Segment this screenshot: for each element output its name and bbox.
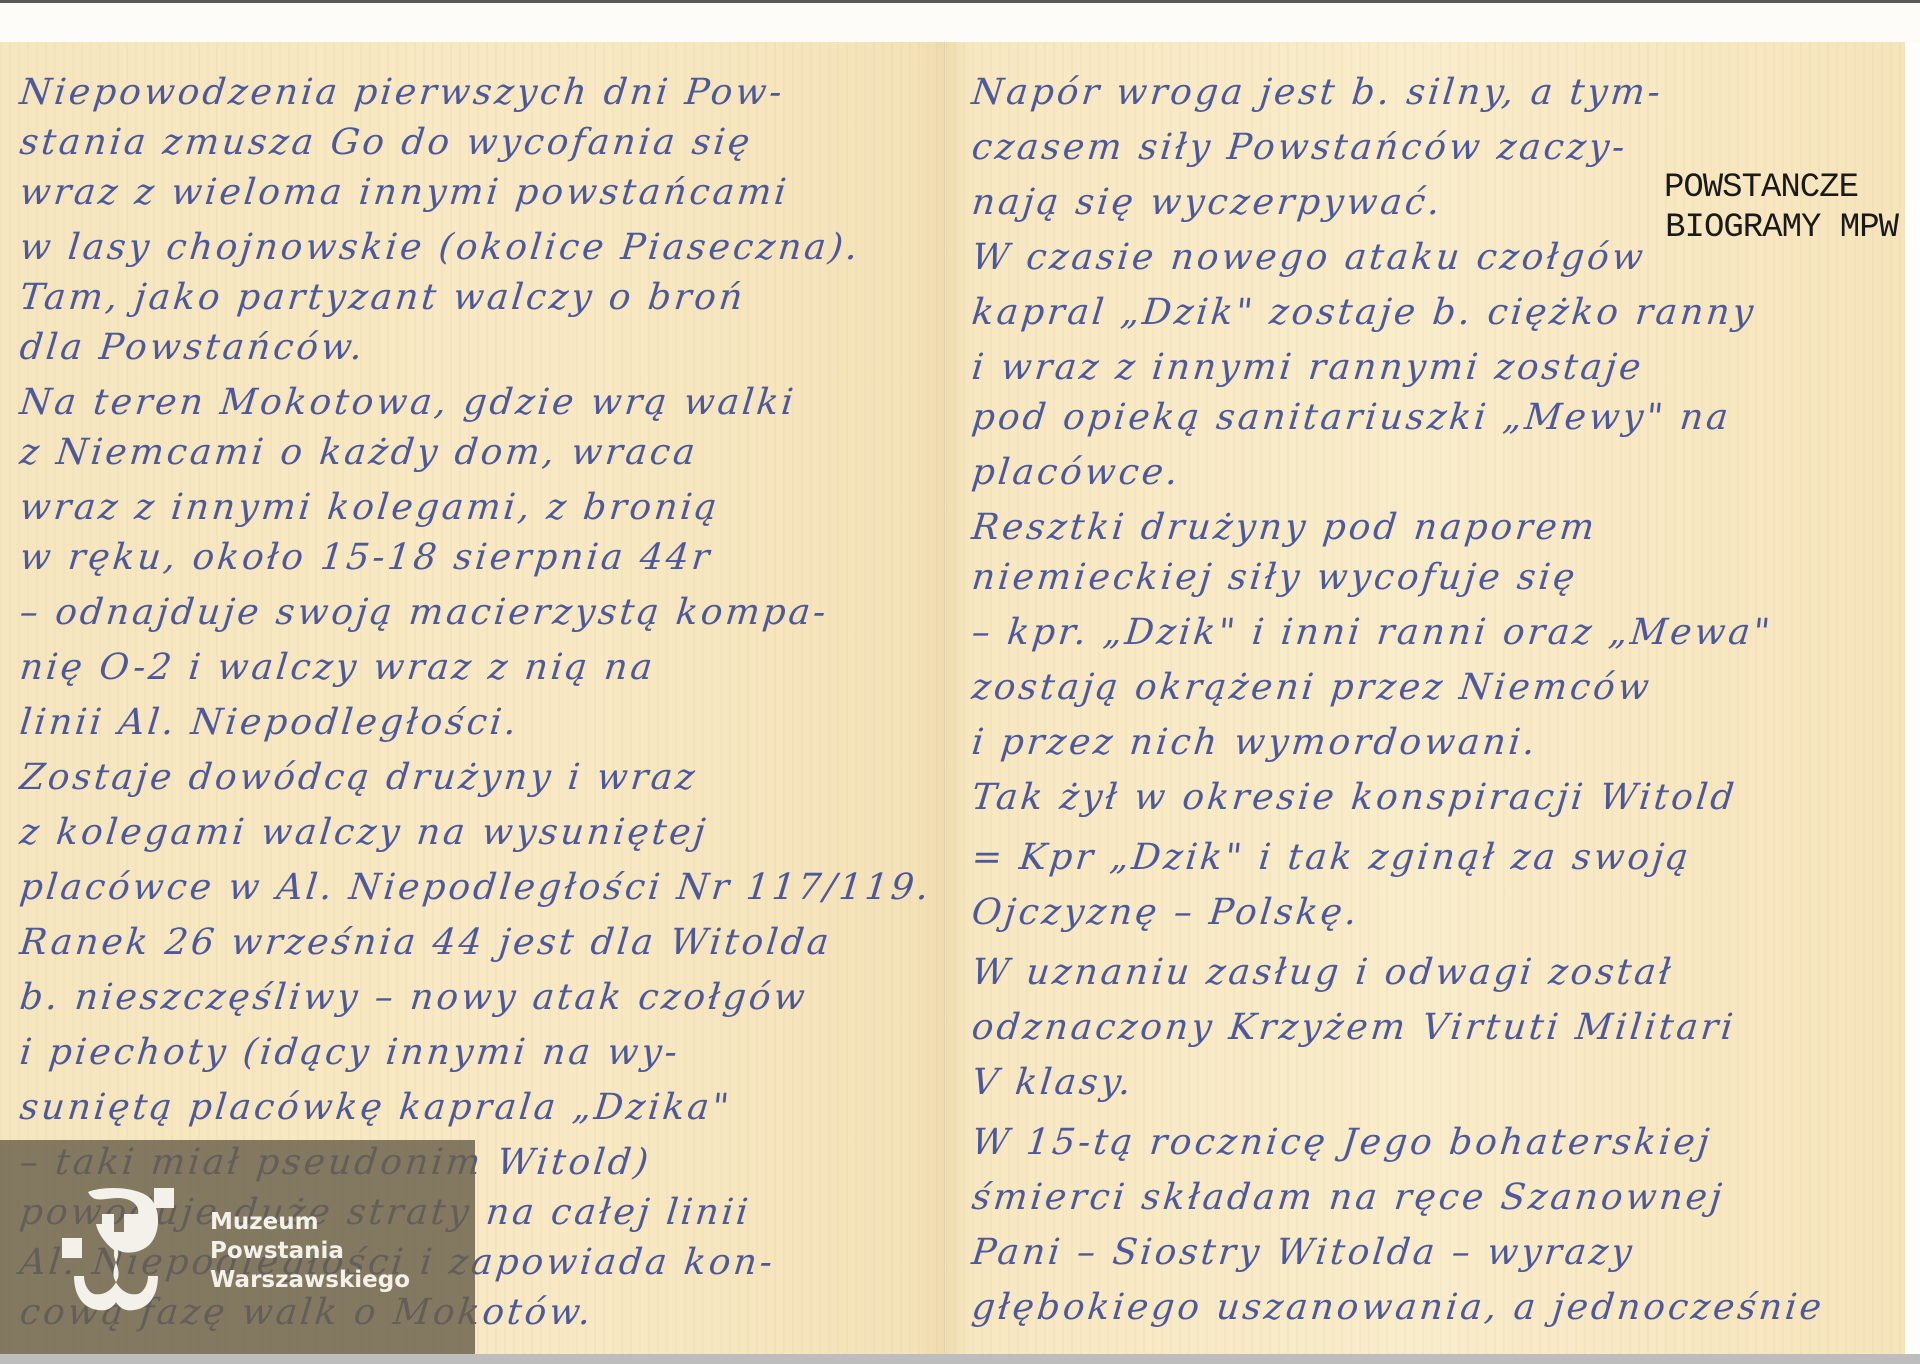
handwritten-line: z Niemcami o każdy dom, wraca <box>18 432 700 473</box>
handwritten-line: Niepowodzenia pierwszych dni Pow- <box>18 72 787 113</box>
handwritten-line: w ręku, około 15-18 sierpnia 44r <box>18 537 714 578</box>
handwritten-line: wraz z wieloma innymi powstańcami <box>18 172 791 213</box>
handwritten-line: – odnajduje swoją macierzystą kompa- <box>18 592 831 633</box>
bottom-border <box>0 1354 1920 1364</box>
handwritten-line: suniętą placówkę kaprala „Dzika" <box>18 1087 734 1128</box>
handwritten-line: wraz z innymi kolegami, z bronią <box>18 487 722 528</box>
handwritten-line: dla Powstańców. <box>18 327 367 368</box>
handwritten-line: niemieckiej siły wycofuje się <box>970 557 1580 598</box>
handwritten-line: Zostaje dowódcą drużyny i wraz <box>18 757 700 798</box>
watermark-line-1: POWSTANCZE <box>1598 168 1898 208</box>
handwritten-line: Napór wroga jest b. silny, a tym- <box>970 72 1665 113</box>
handwritten-line: Resztki drużyny pod naporem <box>970 507 1599 548</box>
top-margin <box>0 3 1920 43</box>
handwritten-line: = Kpr „Dzik" i tak zginął za swoją <box>970 837 1693 878</box>
museum-logo-overlay: Muzeum Powstania Warszawskiego <box>0 1140 475 1354</box>
kotwica-anchor-logo-icon <box>58 1184 178 1314</box>
logo-line-2: Powstania <box>210 1237 410 1266</box>
handwritten-line: nię O-2 i walczy wraz z nią na <box>18 647 657 688</box>
handwritten-line: placówce. <box>970 452 1183 493</box>
handwritten-line: nają się wyczerpywać. <box>970 182 1445 223</box>
handwritten-line: W czasie nowego ataku czołgów <box>970 237 1648 278</box>
handwritten-line: Na teren Mokotowa, gdzie wrą walki <box>18 382 798 423</box>
page-fold <box>944 42 947 1364</box>
handwritten-line: odznaczony Krzyżem Virtuti Militari <box>970 1007 1738 1048</box>
handwritten-line: w lasy chojnowskie (okolice Piaseczna). <box>18 227 863 268</box>
museum-name: Muzeum Powstania Warszawskiego <box>210 1208 410 1295</box>
handwritten-line: stania zmusza Go do wycofania się <box>18 122 755 163</box>
handwritten-line: i przez nich wymordowani. <box>970 722 1540 763</box>
biogramy-watermark: POWSTANCZE BIOGRAMY MPW <box>1598 168 1898 248</box>
handwritten-line: kapral „Dzik" zostaje b. ciężko ranny <box>970 292 1758 333</box>
handwritten-line: placówce w Al. Niepodległości Nr 117/119… <box>18 867 934 908</box>
handwritten-line: linii Al. Niepodległości. <box>18 702 521 743</box>
handwritten-line: z kolegami walczy na wysuniętej <box>18 812 710 853</box>
handwritten-line: b. nieszczęśliwy – nowy atak czołgów <box>18 977 810 1018</box>
handwritten-line: Ranek 26 września 44 jest dla Witolda <box>18 922 834 963</box>
handwritten-line: W uznaniu zasług i odwagi został <box>970 952 1676 993</box>
handwritten-line: czasem siły Powstańców zaczy- <box>970 127 1630 168</box>
handwritten-line: Tak żył w okresie konspiracji Witold <box>970 777 1739 818</box>
handwritten-line: i piechoty (idący innymi na wy- <box>18 1032 682 1073</box>
handwritten-line: głębokiego uszanowania, a jednocześnie <box>970 1287 1826 1328</box>
handwritten-line: zostają okrążeni przez Niemców <box>970 667 1654 708</box>
logo-line-3: Warszawskiego <box>210 1266 410 1295</box>
handwritten-line: Pani – Siostry Witolda – wyrazy <box>970 1232 1637 1273</box>
handwritten-line: pod opieką sanitariuszki „Mewy" na <box>970 397 1733 438</box>
handwritten-line: śmierci składam na ręce Szanownej <box>970 1177 1727 1218</box>
handwritten-line: Tam, jako partyzant walczy o broń <box>18 277 748 318</box>
watermark-line-2: BIOGRAMY MPW <box>1598 208 1898 248</box>
handwritten-line: W 15-tą rocznicę Jego bohaterskiej <box>970 1122 1714 1163</box>
handwritten-line: – kpr. „Dzik" i inni ranni oraz „Mewa" <box>970 612 1775 653</box>
logo-line-1: Muzeum <box>210 1208 410 1237</box>
handwritten-line: V klasy. <box>970 1062 1136 1103</box>
handwritten-line: i wraz z innymi rannymi zostaje <box>970 347 1646 388</box>
handwritten-line: Ojczyznę – Polskę. <box>970 892 1362 933</box>
